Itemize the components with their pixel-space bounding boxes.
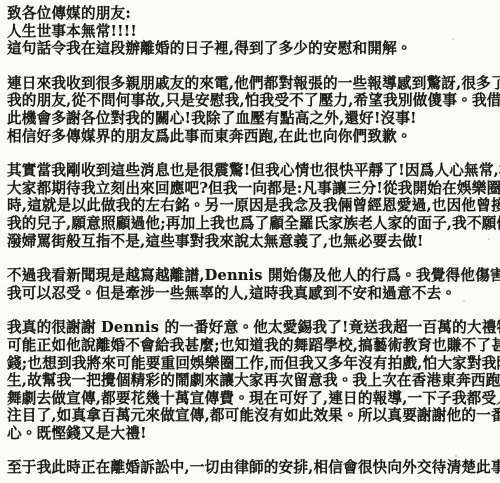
document-line: 我真的很謝謝 Dennis 的一番好意。他太愛錫我了!竟送我超一百萬的大禮物。 [7, 319, 494, 337]
document-line: 不過我看新聞現是越寫越離譜,Dennis 開始傷及他人的行爲。我覺得他傷害我, [7, 267, 494, 285]
document-line: 至于我此時正在離婚訴訟中,一切由律師的安排,相信會很快向外交待清楚此事! [7, 459, 494, 477]
letter-paragraph-thanks-dennis: 我真的很謝謝 Dennis 的一番好意。他太愛錫我了!竟送我超一百萬的大禮物。 … [7, 319, 494, 442]
letter-opening-block: 致各位傳媒的朋友: 人生世事本無常!!!! 這句話令我在這段辦離婚的日子裡,得到… [7, 5, 494, 58]
document-line: 注目了,如真拿百萬元來做宣傳,都可能沒有如此效果。所以真要謝謝他的一番愛 [7, 407, 494, 425]
document-line: 此機會多謝各位對我的關心!我除了血壓有點高之外,還好!沒事! [7, 110, 494, 128]
salutation-line: 致各位傳媒的朋友: [7, 5, 494, 23]
opening-exclamation-line: 人生世事本無常!!!! [7, 23, 494, 41]
document-line: 潑婦罵街般互指不是,這些事對我來說太無意義了,也無必要去做! [7, 233, 494, 251]
document-line: 我的朋友,從不問何事故,只是安慰我,怕我受不了壓力,希望我別做傻事。我借 [7, 92, 494, 110]
document-line: 我的兒子,願意照顧過他;再加上我也爲了顧全羅氏家族老人家的面子,我不願像 [7, 215, 494, 233]
letter-paragraph-calm-response: 其實當我剛收到這些消息也是很震驚!但我心情也很快平靜了!因爲人心無常,相信 大家… [7, 162, 494, 250]
document-line: 舞劇去做宣傳,都要花幾十萬宣傳費。現在可好了,連日的報導,一下子我都受人 [7, 390, 494, 408]
document-line: 連日來我收到很多親朋戚友的來電,他們都對報張的一些報導感到驚訝,很多了解 [7, 75, 494, 93]
document-line: 心。既慳錢又是大禮! [7, 425, 494, 443]
document-line: 我可以忍受。但是牽涉一些無辜的人,這時我真感到不安和過意不去。 [7, 285, 494, 303]
document-line: 這句話令我在這段辦離婚的日子裡,得到了多少的安慰和開解。 [7, 40, 494, 58]
letter-paragraph-calls-received: 連日來我收到很多親朋戚友的來電,他們都對報張的一些報導感到驚訝,很多了解 我的朋… [7, 75, 494, 145]
letter-paragraph-news-concern: 不過我看新聞現是越寫越離譜,Dennis 開始傷及他人的行爲。我覺得他傷害我, … [7, 267, 494, 302]
scanned-letter-page: 致各位傳媒的朋友: 人生世事本無常!!!! 這句話令我在這段辦離婚的日子裡,得到… [0, 0, 500, 483]
document-line: 錢;也想到我將來可能要重回娛樂圈工作,而但我又多年沒有拍戲,怕大家對我陌 [7, 355, 494, 373]
document-line: 相信好多傳媒界的朋友爲此事而東奔西跑,在此也向你們致歉。 [7, 128, 494, 146]
document-line: 生,故幫我一把攪個精彩的鬧劇來讓大家再次留意我。我上次在香港東奔西跑的爲 [7, 372, 494, 390]
document-line: 大家都期待我立刻出來回應吧?但我一向都是:凡事讓三分!從我開始在娛樂圈工作 [7, 180, 494, 198]
document-line: 時,這就是以此做我的左右銘。另一原因是我念及我倆曾經恩愛過,也因他曾接受 [7, 197, 494, 215]
document-line: 其實當我剛收到這些消息也是很震驚!但我心情也很快平靜了!因爲人心無常,相信 [7, 162, 494, 180]
document-line: 可能正如他說離婚不會給我甚麼;也知道我的舞蹈學校,搞藝術教育也賺不了甚麼 [7, 337, 494, 355]
letter-closing-paragraph: 至于我此時正在離婚訴訟中,一切由律師的安排,相信會很快向外交待清楚此事! [7, 459, 494, 477]
